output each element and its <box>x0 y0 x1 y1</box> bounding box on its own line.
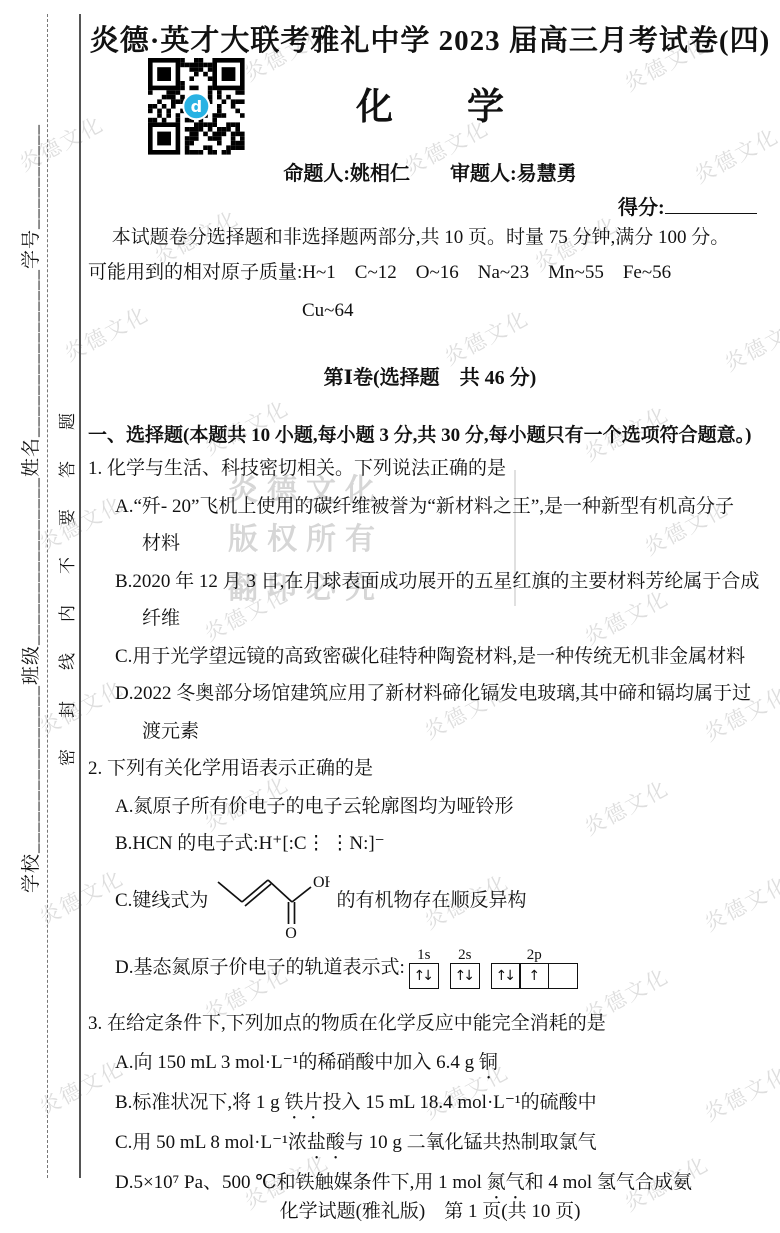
orbital-2p-box-1: ↑↓ <box>491 963 521 989</box>
emphasized-substance: 铁片 <box>284 1092 322 1113</box>
orbital-diagram: 1s ↑↓ 2s ↑↓ 2p ↑↓ ↑ <box>409 947 578 989</box>
orbital-2s-label: 2s <box>458 947 471 963</box>
orbital-2s-box: ↑↓ <box>450 963 480 989</box>
score-label: 得分: <box>618 197 665 219</box>
orbital-2p-label: 2p <box>527 947 542 963</box>
option-text: 和 4 mol 氢气合成氨 <box>525 1172 692 1193</box>
question-3-stem: 3. 在给定条件下,下列加点的物质在化学反应中能完全消耗的是 <box>88 1005 764 1044</box>
section-title: 第Ⅰ卷(选择题 共 46 分) <box>85 361 775 390</box>
orbital-2p-group: 2p ↑↓ ↑ <box>491 947 578 989</box>
orbital-1s-label: 1s <box>417 947 430 963</box>
page-footer: 化学试题(雅礼版) 第 1 页(共 10 页) <box>85 1196 775 1223</box>
instruction-detail: (本题共 10 小题,每小题 3 分,共 30 分,每小题只有一个选项符合题意。… <box>183 425 751 446</box>
option-text: 与 10 g 二氧化锰共热制取氯气 <box>345 1132 597 1153</box>
option-text: A.向 150 mL 3 mol·L⁻¹的稀硝酸中加入 6.4 g <box>115 1052 479 1073</box>
exam-intro: 本试题卷分选择题和非选择题两部分,共 10 页。时量 75 分钟,满分 100 … <box>88 222 729 249</box>
question-3-options: A.向 150 mL 3 mol·L⁻¹的稀硝酸中加入 6.4 g 铜 B.标准… <box>115 1044 764 1204</box>
score-blank <box>665 198 757 214</box>
subject-title: 化 学 <box>85 76 775 130</box>
carbonyl-o-label: O <box>286 925 298 940</box>
question-3-option-b: B.标准状况下,将 1 g 铁片投入 15 mL 18.4 mol·L⁻¹的硫酸… <box>115 1084 764 1124</box>
option-d-prefix: D.基态氮原子价电子的轨道表示式: <box>115 949 405 987</box>
atomic-masses-line2: Cu~64 <box>302 300 353 322</box>
question-2-stem: 2. 下列有关化学用语表示正确的是 <box>88 750 764 788</box>
orbital-1s-group: 1s ↑↓ <box>409 947 439 989</box>
hydroxyl-oh-label: OH <box>313 874 330 891</box>
option-c-prefix: C.键线式为 <box>115 882 208 920</box>
orbital-1s-box: ↑↓ <box>409 963 439 989</box>
question-1-stem: 1. 化学与生活、科技密切相关。下列说法正确的是 <box>88 450 764 488</box>
question-1-option-d: D.2022 冬奥部分场馆建筑应用了新材料碲化镉发电玻璃,其中碲和镉均属于过 渡… <box>115 675 764 750</box>
student-info-fields: 学校________________班级________________姓名__… <box>16 183 38 893</box>
question-1-option-a: A.“歼- 20”飞机上使用的碳纤维被誉为“新材料之王”,是一种新型有机高分子 … <box>115 488 764 563</box>
question-2-option-c: C.键线式为 O OH 的有机物存在顺反异构 <box>115 863 764 939</box>
exam-page: 炎德文化炎德文化炎德文化炎德文化炎德文化炎德文化炎德文化炎德文化炎德文化炎德文化… <box>0 0 780 1233</box>
option-text: 投入 15 mL 18.4 mol·L⁻¹的硫酸中 <box>322 1092 596 1113</box>
question-1-option-b: B.2020 年 12 月 3 日,在月球表面成功展开的五星红旗的主要材料芳纶属… <box>115 563 764 638</box>
question-2-option-d: D.基态氮原子价电子的轨道表示式: 1s ↑↓ 2s ↑↓ 2p ↑↓ <box>115 939 764 997</box>
seal-margin-text: 密封线内不要答题 <box>53 406 73 766</box>
question-1-option-c: C.用于光学望远镜的高致密碳化硅特种陶瓷材料,是一种传统无机非金属材料 <box>115 638 764 676</box>
question-1: 1. 化学与生活、科技密切相关。下列说法正确的是 A.“歼- 20”飞机上使用的… <box>88 450 764 750</box>
multiple-choice-instruction: 一、选择题(本题共 10 小题,每小题 3 分,共 30 分,每小题只有一个选项… <box>88 420 751 447</box>
option-c-suffix: 的有机物存在顺反异构 <box>336 882 526 920</box>
atomic-masses-line1: 可能用到的相对原子质量:H~1 C~12 O~16 Na~23 Mn~55 Fe… <box>88 257 671 284</box>
seal-solid-line <box>79 14 81 1178</box>
emphasized-substance: 铜 <box>479 1052 498 1073</box>
question-3-option-a: A.向 150 mL 3 mol·L⁻¹的稀硝酸中加入 6.4 g 铜 <box>115 1044 764 1084</box>
skeletal-formula-crotonic-acid: O OH <box>214 862 330 940</box>
option-text: C.用 50 mL 8 mol·L⁻¹浓 <box>115 1132 307 1153</box>
emphasized-substance: 氮气 <box>487 1172 525 1193</box>
orbital-2p-box-3 <box>548 963 578 989</box>
seal-dashed-line <box>47 14 48 1178</box>
question-2-option-b: B.HCN 的电子式:H⁺[:C⋮ ⋮N:]⁻ <box>115 825 764 863</box>
examiners-line: 命题人:姚相仁 审题人:易慧勇 <box>85 157 775 186</box>
orbital-2s-group: 2s ↑↓ <box>450 947 480 989</box>
question-3-option-c: C.用 50 mL 8 mol·L⁻¹浓盐酸与 10 g 二氧化锰共热制取氯气 <box>115 1124 764 1164</box>
question-2: 2. 下列有关化学用语表示正确的是 A.氮原子所有价电子的电子云轮廓图均为哑铃形… <box>88 750 764 997</box>
option-text: D.5×10⁷ Pa、500 ℃和铁触媒条件下,用 1 mol <box>115 1172 487 1193</box>
orbital-2p-box-2: ↑ <box>519 963 549 989</box>
exam-title: 炎德·英才大联考雅礼中学 2023 届高三月考试卷(四) <box>85 18 775 59</box>
score-line: 得分: <box>618 191 757 220</box>
emphasized-substance: 盐酸 <box>307 1132 345 1153</box>
instruction-heading: 一、选择题 <box>88 425 183 446</box>
diagonal-watermark: 炎德文化 <box>58 298 153 368</box>
option-text: B.标准状况下,将 1 g <box>115 1092 284 1113</box>
question-2-option-a: A.氮原子所有价电子的电子云轮廓图均为哑铃形 <box>115 788 764 826</box>
question-3: 3. 在给定条件下,下列加点的物质在化学反应中能完全消耗的是 A.向 150 m… <box>88 1005 764 1204</box>
question-1-options: A.“歼- 20”飞机上使用的碳纤维被誉为“新材料之王”,是一种新型有机高分子 … <box>115 488 764 751</box>
question-2-options: A.氮原子所有价电子的电子云轮廓图均为哑铃形 B.HCN 的电子式:H⁺[:C⋮… <box>115 788 764 997</box>
